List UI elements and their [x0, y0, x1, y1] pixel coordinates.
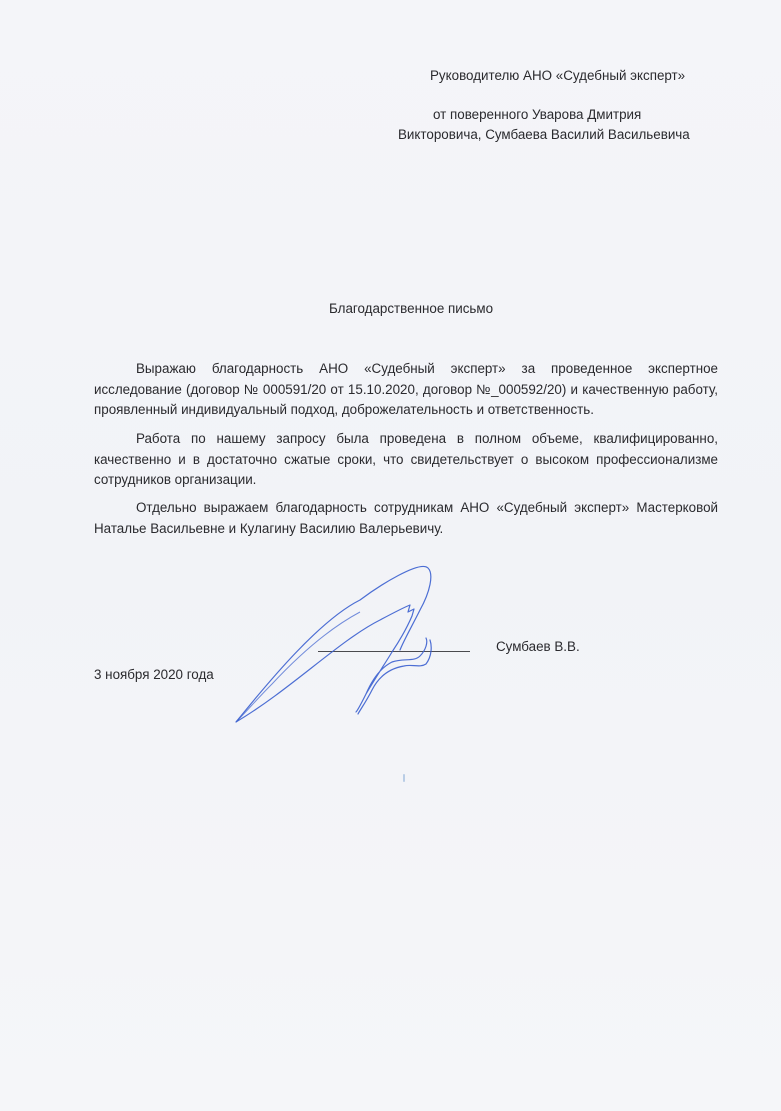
- letter-title: Благодарственное письмо: [329, 301, 493, 316]
- letter-page: Руководителю АНО «Судебный эксперт» от п…: [0, 0, 781, 1111]
- body-paragraph-3: Отдельно выражаем благодарность сотрудни…: [94, 498, 718, 539]
- addressee: Руководителю АНО «Судебный эксперт»: [430, 68, 685, 83]
- sender-line-2: Викторовича, Сумбаева Василий Васильевич…: [398, 127, 690, 142]
- body-paragraph-1-text: Выражаю благодарность АНО «Судебный эксп…: [94, 361, 718, 417]
- sender-line-1: от поверенного Уварова Дмитрия: [433, 107, 641, 122]
- signer-name: Сумбаев В.В.: [496, 639, 580, 654]
- letter-date: 3 ноября 2020 года: [94, 667, 214, 682]
- body-paragraph-2: Работа по нашему запросу была проведена …: [94, 429, 718, 491]
- body-paragraph-3-text: Отдельно выражаем благодарность сотрудни…: [94, 500, 718, 536]
- handwritten-signature: [0, 0, 781, 1111]
- body-paragraph-1: Выражаю благодарность АНО «Судебный эксп…: [94, 359, 718, 421]
- body-paragraph-2-text: Работа по нашему запросу была проведена …: [94, 431, 718, 487]
- signature-line: [318, 651, 470, 652]
- paper-speck: [403, 774, 405, 782]
